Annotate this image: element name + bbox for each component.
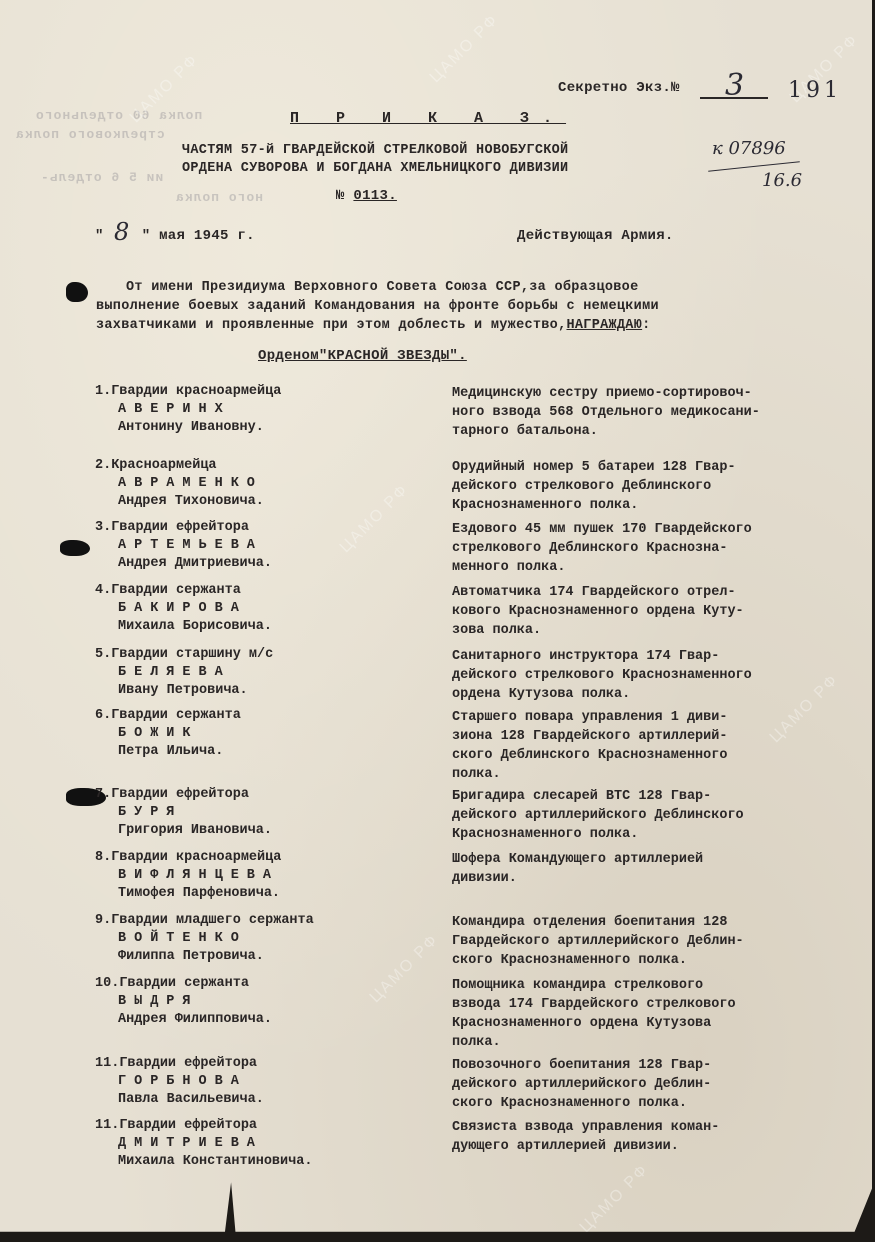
awardee-rank: 10.Гвардии сержанта <box>95 975 455 993</box>
awardee-rank: 6.Гвардии сержанта <box>95 707 455 725</box>
document-title: П Р И К А З. <box>290 110 566 127</box>
awardee-surname: АВРАМЕНКО <box>95 475 455 493</box>
awardee-given-name: Ивану Петровича. <box>95 682 455 700</box>
awardee-entry: 10.Гвардии сержантаВЫДРЯАндрея Филиппови… <box>95 975 455 1029</box>
awardee-rank: 9.Гвардии младшего сержанта <box>95 912 455 930</box>
awardee-entry: 2.КрасноармейцаАВРАМЕНКОАндрея Тихонович… <box>95 457 455 511</box>
awardee-entry: 7.Гвардии ефрейтораБУРЯГригория Иванович… <box>95 786 455 840</box>
awardee-entry: 1.Гвардии красноармейцаАВЕРИНХАнтонину И… <box>95 383 455 437</box>
awardee-rank: 2.Красноармейца <box>95 457 455 475</box>
awardee-rank: 8.Гвардии красноармейца <box>95 849 455 867</box>
watermark: ЦАМО РФ <box>577 1161 653 1237</box>
order-number: № 0113. <box>336 188 397 204</box>
awardee-entry: 11.Гвардии ефрейтораГОРБНОВАПавла Василь… <box>95 1055 455 1109</box>
awardee-surname: ВЫДРЯ <box>95 993 455 1011</box>
awardee-rank: 11.Гвардии ефрейтора <box>95 1117 455 1135</box>
awardee-position: Ездового 45 мм пушек 170 Гвардейского ст… <box>452 520 867 577</box>
awardee-given-name: Павла Васильевича. <box>95 1091 455 1109</box>
awardee-entry: 4.Гвардии сержантаБАКИРОВАМихаила Борисо… <box>95 582 455 636</box>
awardee-given-name: Григория Ивановича. <box>95 822 455 840</box>
watermark: ЦАМО РФ <box>427 11 503 87</box>
awardee-position: Медицинскую сестру приемо-сортировоч- но… <box>452 384 867 441</box>
document-page: полка 60 отдельного стрелкового полка ии… <box>0 0 872 1238</box>
sheet-number-handwritten: 191 <box>788 78 842 103</box>
awardee-surname: АРТЕМЬЕВА <box>95 537 455 555</box>
awardee-given-name: Андрея Тихоновича. <box>95 493 455 511</box>
awardee-given-name: Филиппа Петровича. <box>95 948 455 966</box>
awardee-given-name: Михаила Константиновича. <box>95 1153 455 1171</box>
bleedthrough-text: ного полка <box>175 190 263 205</box>
awardee-given-name: Андрея Дмитриевича. <box>95 555 455 573</box>
unit-line-2: ОРДЕНА СУВОРОВА И БОГДАНА ХМЕЛЬНИЦКОГО Д… <box>182 161 568 176</box>
awardee-position: Повозочного боепитания 128 Гвар- дейског… <box>452 1056 867 1113</box>
awardee-surname: БЕЛЯЕВА <box>95 664 455 682</box>
awardee-surname: БАКИРОВА <box>95 600 455 618</box>
awardee-rank: 1.Гвардии красноармейца <box>95 383 455 401</box>
awardee-entry: 11.Гвардии ефрейтораДМИТРИЕВАМихаила Кон… <box>95 1117 455 1171</box>
awardee-surname: АВЕРИНХ <box>95 401 455 419</box>
bleedthrough-text: полка 60 отдельного <box>35 108 202 123</box>
awardee-position: Автоматчика 174 Гвардейского отрел- ково… <box>452 583 867 640</box>
awardee-position: Бригадира слесарей ВТС 128 Гвар- дейског… <box>452 787 867 844</box>
awardee-entry: 5.Гвардии старшину м/сБЕЛЯЕВАИвану Петро… <box>95 646 455 700</box>
awardee-entry: 9.Гвардии младшего сержантаВОЙТЕНКОФилип… <box>95 912 455 966</box>
awardee-entry: 3.Гвардии ефрейтораАРТЕМЬЕВААндрея Дмитр… <box>95 519 455 573</box>
awardee-position: Связиста взвода управления коман- дующег… <box>452 1118 867 1156</box>
date-day-handwritten: 8 <box>114 218 129 246</box>
paper-damage <box>66 282 88 302</box>
awardee-surname: ВИФЛЯНЦЕВА <box>95 867 455 885</box>
location: Действующая Армия. <box>517 228 674 244</box>
awardee-surname: ГОРБНОВА <box>95 1073 455 1091</box>
awardee-surname: БУРЯ <box>95 804 455 822</box>
copy-number-handwritten: 3 <box>725 68 744 103</box>
awardee-given-name: Андрея Филипповича. <box>95 1011 455 1029</box>
awardee-surname: ДМИТРИЕВА <box>95 1135 455 1153</box>
awardee-position: Старшего повара управления 1 диви- зиона… <box>452 708 867 784</box>
award-type: Орденом"КРАСНОЙ ЗВЕЗДЫ". <box>258 348 467 364</box>
awardee-position: Санитарного инструктора 174 Гвар- дейско… <box>452 647 867 704</box>
awardee-entry: 6.Гвардии сержантаБОЖИКПетра Ильича. <box>95 707 455 761</box>
bleedthrough-text: ии 5 6 отдель- <box>40 170 163 185</box>
awardee-position: Командира отделения боепитания 128 Гвард… <box>452 913 867 970</box>
awardee-given-name: Петра Ильича. <box>95 743 455 761</box>
awardee-rank: 11.Гвардии ефрейтора <box>95 1055 455 1073</box>
awardee-position: Помощника командира стрелкового взвода 1… <box>452 976 867 1052</box>
awardee-given-name: Тимофея Парфеновича. <box>95 885 455 903</box>
unit-line-1: ЧАСТЯМ 57-й ГВАРДЕЙСКОЙ СТРЕЛКОВОЙ НОВОБ… <box>182 143 568 158</box>
paper-damage <box>60 540 90 556</box>
awardee-surname: ВОЙТЕНКО <box>95 930 455 948</box>
awardee-position: Орудийный номер 5 батареи 128 Гвар- дейс… <box>452 458 867 515</box>
awardee-entry: 8.Гвардии красноармейцаВИФЛЯНЦЕВАТимофея… <box>95 849 455 903</box>
awardee-position: Шофера Командующего артиллерией дивизии. <box>452 850 867 888</box>
registration-handwritten-top: к 07896 <box>712 138 786 159</box>
secrecy-label: Секретно Экз.№ <box>558 80 680 96</box>
intro-paragraph: От имени Президиума Верховного Совета Со… <box>96 278 816 335</box>
awardee-given-name: Антонину Ивановну. <box>95 419 455 437</box>
awardee-rank: 7.Гвардии ефрейтора <box>95 786 455 804</box>
bleedthrough-text: стрелкового полка <box>15 127 165 142</box>
awardee-rank: 4.Гвардии сержанта <box>95 582 455 600</box>
awardee-rank: 5.Гвардии старшину м/с <box>95 646 455 664</box>
awardee-rank: 3.Гвардии ефрейтора <box>95 519 455 537</box>
awardee-surname: БОЖИК <box>95 725 455 743</box>
awardee-given-name: Михаила Борисовича. <box>95 618 455 636</box>
registration-handwritten-bottom: 16.6 <box>762 170 802 191</box>
